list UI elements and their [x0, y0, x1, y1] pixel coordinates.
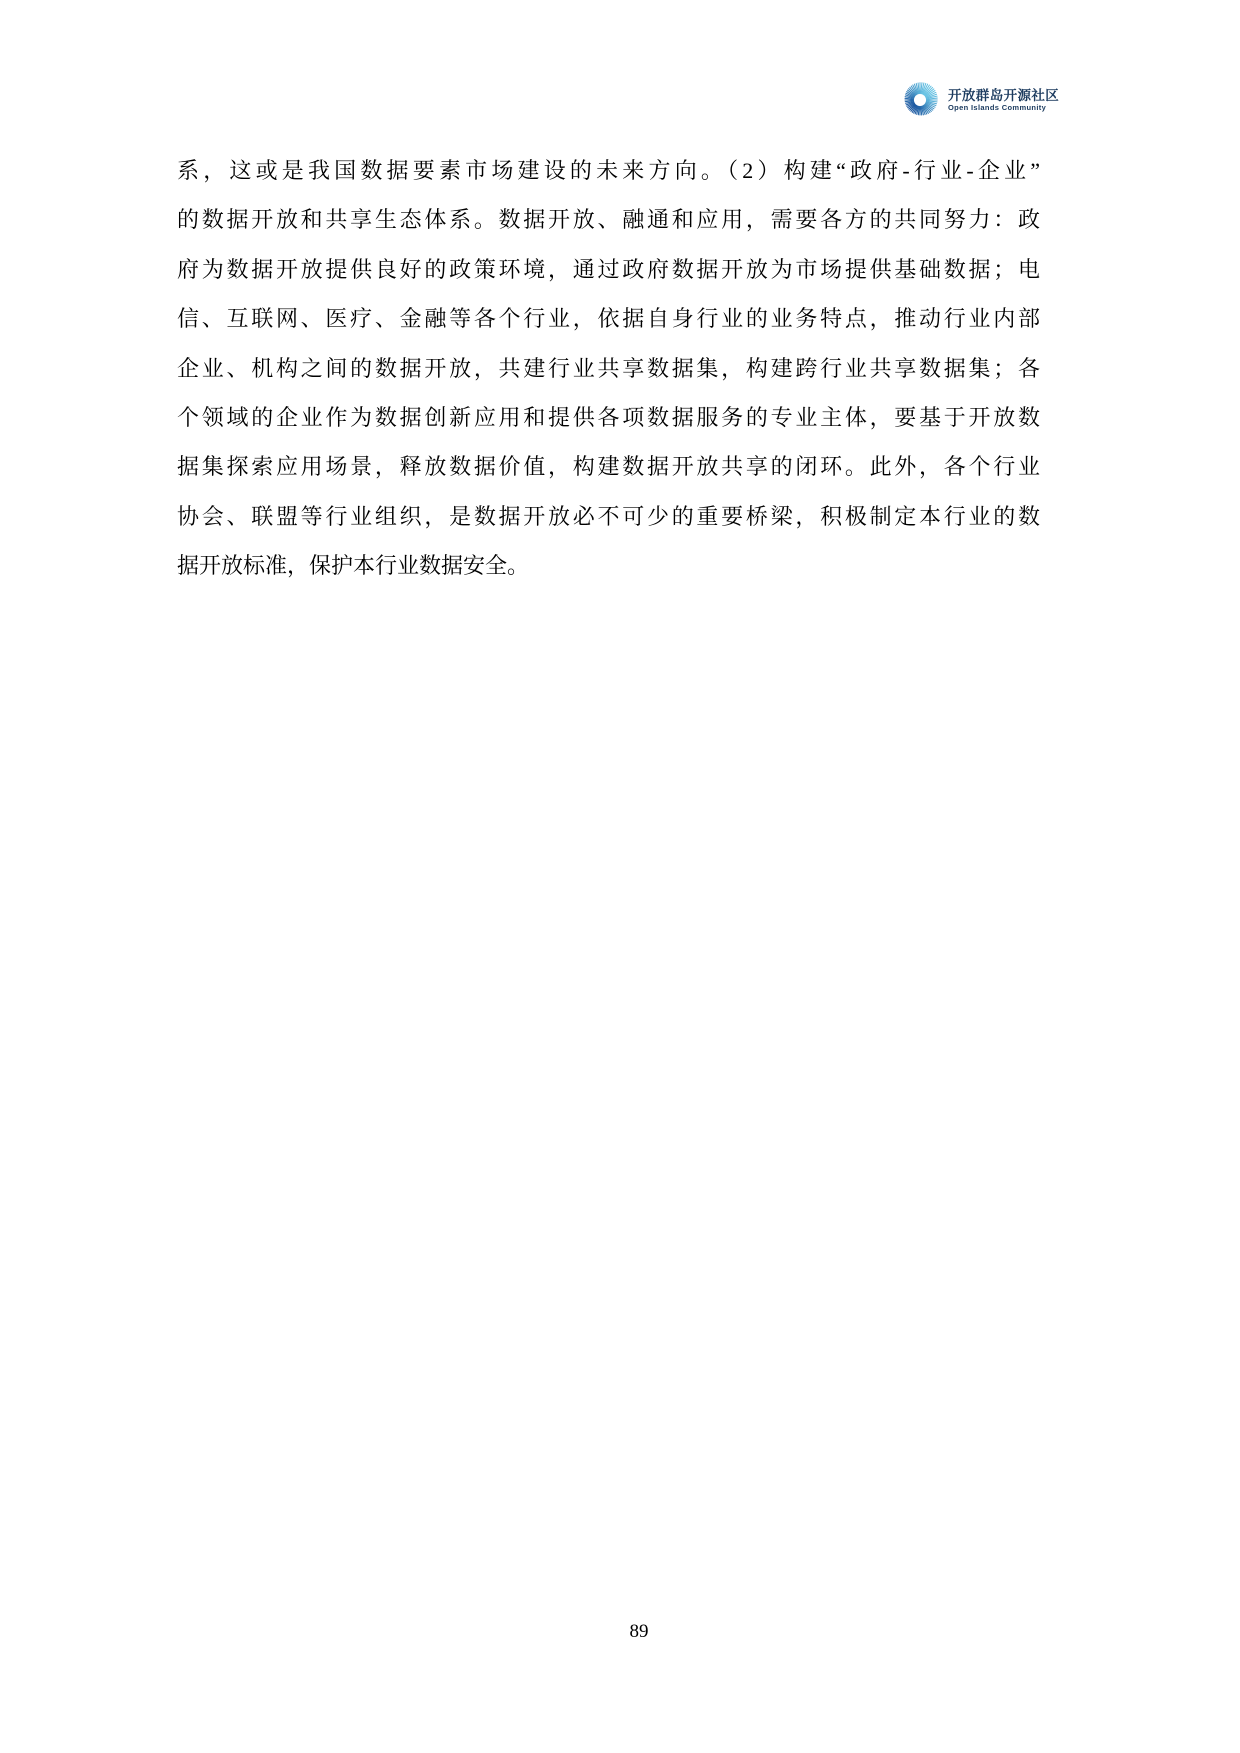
body-line: 的数据开放和共享生态体系。数据开放、融通和应用，需要各方的共同努力：政 [177, 195, 1040, 244]
sunburst-icon [901, 80, 939, 120]
body-line: 信、互联网、医疗、金融等各个行业，依据自身行业的业务特点，推动行业内部 [177, 294, 1040, 343]
body-line: 企业、机构之间的数据开放，共建行业共享数据集，构建跨行业共享数据集；各 [177, 344, 1040, 393]
open-islands-logo: 开放群岛开源社区 Open Islands Community [901, 80, 1059, 120]
logo-title-en: Open Islands Community [948, 103, 1059, 112]
body-line: 据集探索应用场景，释放数据价值，构建数据开放共享的闭环。此外，各个行业 [177, 442, 1040, 491]
page-number: 89 [630, 1620, 649, 1644]
body-line: 系，这或是我国数据要素市场建设的未来方向。（2）构建“政府-行业-企业” [177, 146, 1040, 195]
body-line: 府为数据开放提供良好的政策环境，通过政府数据开放为市场提供基础数据；电 [177, 245, 1040, 294]
logo-text: 开放群岛开源社区 Open Islands Community [948, 88, 1059, 112]
body-line: 据开放标准，保护本行业数据安全。 [177, 541, 1040, 590]
body-paragraph: 系，这或是我国数据要素市场建设的未来方向。（2）构建“政府-行业-企业” 的数据… [177, 146, 1040, 591]
logo-title-zh: 开放群岛开源社区 [948, 88, 1059, 103]
body-line: 协会、联盟等行业组织，是数据开放必不可少的重要桥梁，积极制定本行业的数 [177, 492, 1040, 541]
body-line: 个领域的企业作为数据创新应用和提供各项数据服务的专业主体，要基于开放数 [177, 393, 1040, 442]
document-page: 开放群岛开源社区 Open Islands Community 系，这或是我国数… [0, 0, 1240, 1753]
